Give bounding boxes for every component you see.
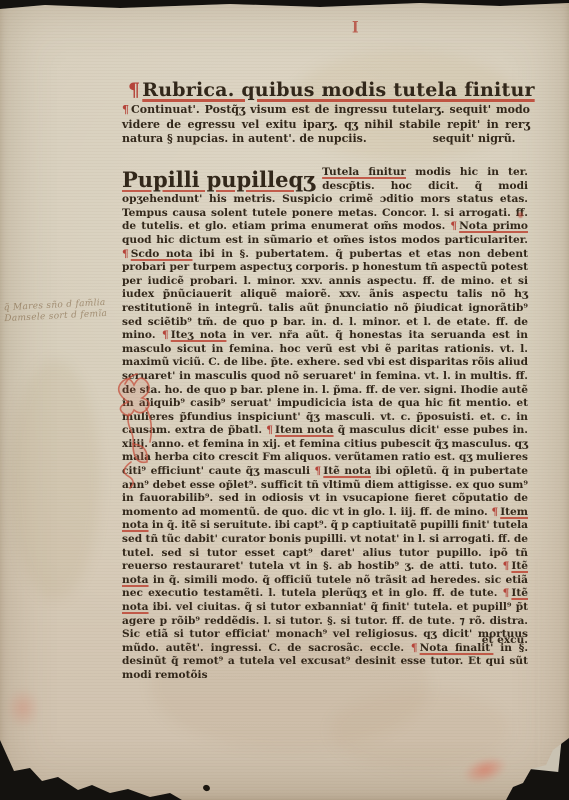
body-segment: quod hic dictum est in sũmario et om̃es … [122, 234, 528, 246]
scanned-manuscript-page: I ¶Rubrica. quibus modis tutela finitur … [0, 0, 569, 800]
capitulum-mark-icon: ¶ [122, 103, 131, 116]
sequitur-note: sequit' nigrũ. [433, 132, 516, 147]
body-segment: in q̃. itẽ si seruitute. ibi capt⁹. q̃ p… [122, 519, 528, 572]
catch-line: et excu. [122, 634, 528, 646]
body-segment: Iteʒ nota [171, 329, 227, 341]
parchment-leaf: I ¶Rubrica. quibus modis tutela finitur … [0, 0, 569, 800]
capitulum-mark-icon: ¶ [315, 465, 324, 477]
capitulum-mark-icon: ¶ [162, 329, 171, 341]
red-ink-spot [518, 212, 523, 218]
body-text: Pupilli pupilleqʒTutela finitur modis hi… [122, 166, 528, 683]
paper-stain [10, 360, 100, 600]
paper-stain [330, 690, 510, 770]
capitulum-mark-icon: ¶ [266, 424, 275, 436]
lemma-lead-words: Pupilli pupilleqʒ [122, 166, 322, 193]
body-segment: in ver. nr̃a aũt. q̃ honestas ita seruan… [122, 329, 528, 436]
red-smudge [6, 688, 40, 728]
paper-crease [537, 560, 540, 800]
red-flower-doodle-icon [92, 368, 164, 490]
body-segment: Tutela finitur [322, 166, 406, 178]
ink-blot [202, 784, 211, 792]
body-segment: Item nota [275, 424, 334, 436]
capitulum-mark-icon: ¶ [491, 506, 500, 518]
capitulum-mark-icon: ¶ [122, 248, 131, 260]
folio-signature-mark: I [352, 19, 359, 37]
capitulum-mark-icon: ¶ [128, 79, 142, 101]
body-segment: Scdo nota [131, 248, 193, 260]
handwritten-marginal-note: q̃ Mares sño d fam̃lia Damsele sort d fe… [4, 297, 127, 325]
red-smudge [459, 751, 510, 788]
body-segment: Itẽ nota [323, 465, 371, 477]
body-segment: in q̃. simili modo. q̃ officiũ tutele nõ… [122, 574, 528, 600]
continuation-paragraph: ¶Continuat'. Postq̃ʒ visum est de ingres… [122, 103, 530, 147]
page-title: Rubrica. quibus modis tutela finitur [142, 79, 534, 101]
capitulum-mark-icon: ¶ [450, 220, 459, 232]
body-segment: Nota primo [459, 220, 528, 232]
body-segment: ibi in §. pubertatem. q̃ pubertas et eta… [122, 248, 528, 342]
rubric-title-line: ¶Rubrica. quibus modis tutela finitur [128, 79, 540, 101]
